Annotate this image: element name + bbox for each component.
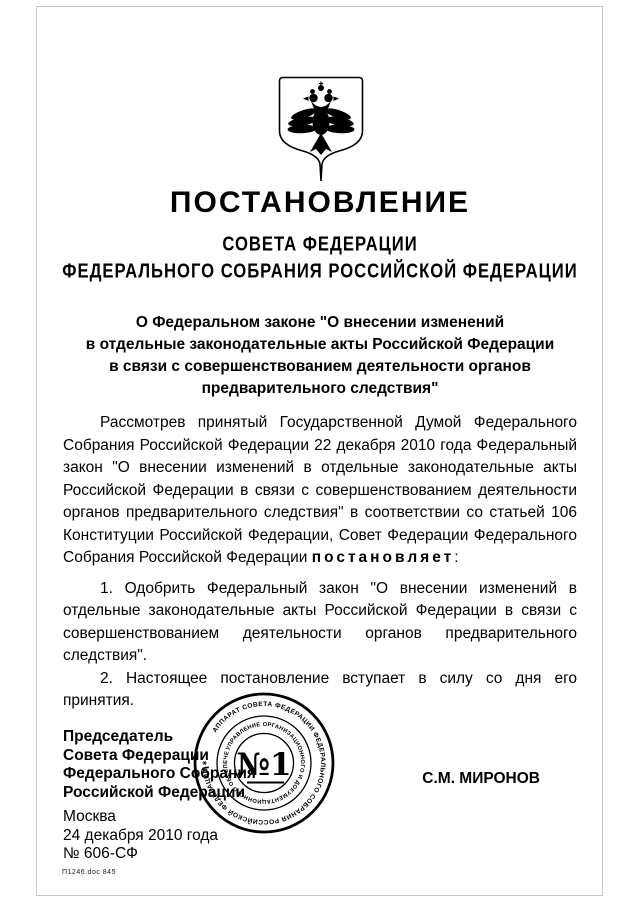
issue-date: 24 декабря 2010 года (63, 827, 218, 846)
resolution-item-1: 1. Одобрить Федеральный закон "О внесени… (63, 578, 577, 668)
document-body: Рассмотрев принятый Государственной Думо… (63, 412, 577, 713)
document-header: ПОСТАНОВЛЕНИЕ СОВЕТА ФЕДЕРАЦИИ ФЕДЕРАЛЬН… (36, 186, 604, 279)
subject-line: О Федеральном законе "О внесении изменен… (36, 312, 604, 334)
preamble-paragraph: Рассмотрев принятый Государственной Думо… (63, 412, 577, 570)
issue-number: № 606-СФ (63, 845, 218, 864)
subject-line: в связи с совершенствованием деятельност… (36, 356, 604, 378)
resolves-colon: : (454, 549, 458, 566)
document-subtitle-council: СОВЕТА ФЕДЕРАЦИИ (42, 232, 599, 256)
document-subject: О Федеральном законе "О внесении изменен… (36, 312, 604, 400)
document-page: ПОСТАНОВЛЕНИЕ СОВЕТА ФЕДЕРАЦИИ ФЕДЕРАЛЬН… (0, 0, 640, 905)
signer-name: С.М. МИРОНОВ (320, 770, 540, 788)
issue-city: Москва (63, 808, 218, 827)
subject-line: предварительного следствия" (36, 378, 604, 400)
stamp-number: №1 (236, 747, 291, 783)
resolves-word: постановляет (312, 549, 455, 566)
document-subtitle-assembly: ФЕДЕРАЛЬНОГО СОБРАНИЯ РОССИЙСКОЙ ФЕДЕРАЦ… (42, 259, 599, 283)
issue-details: Москва 24 декабря 2010 года № 606-СФ (63, 808, 218, 864)
document-title: ПОСТАНОВЛЕНИЕ (36, 186, 604, 220)
subject-line: в отдельные законодательные акты Российс… (36, 334, 604, 356)
russia-coat-of-arms-icon (276, 76, 366, 189)
preamble-text: Рассмотрев принятый Государственной Думо… (63, 414, 577, 566)
document-file-code: П1246.doc 845 (62, 869, 116, 876)
